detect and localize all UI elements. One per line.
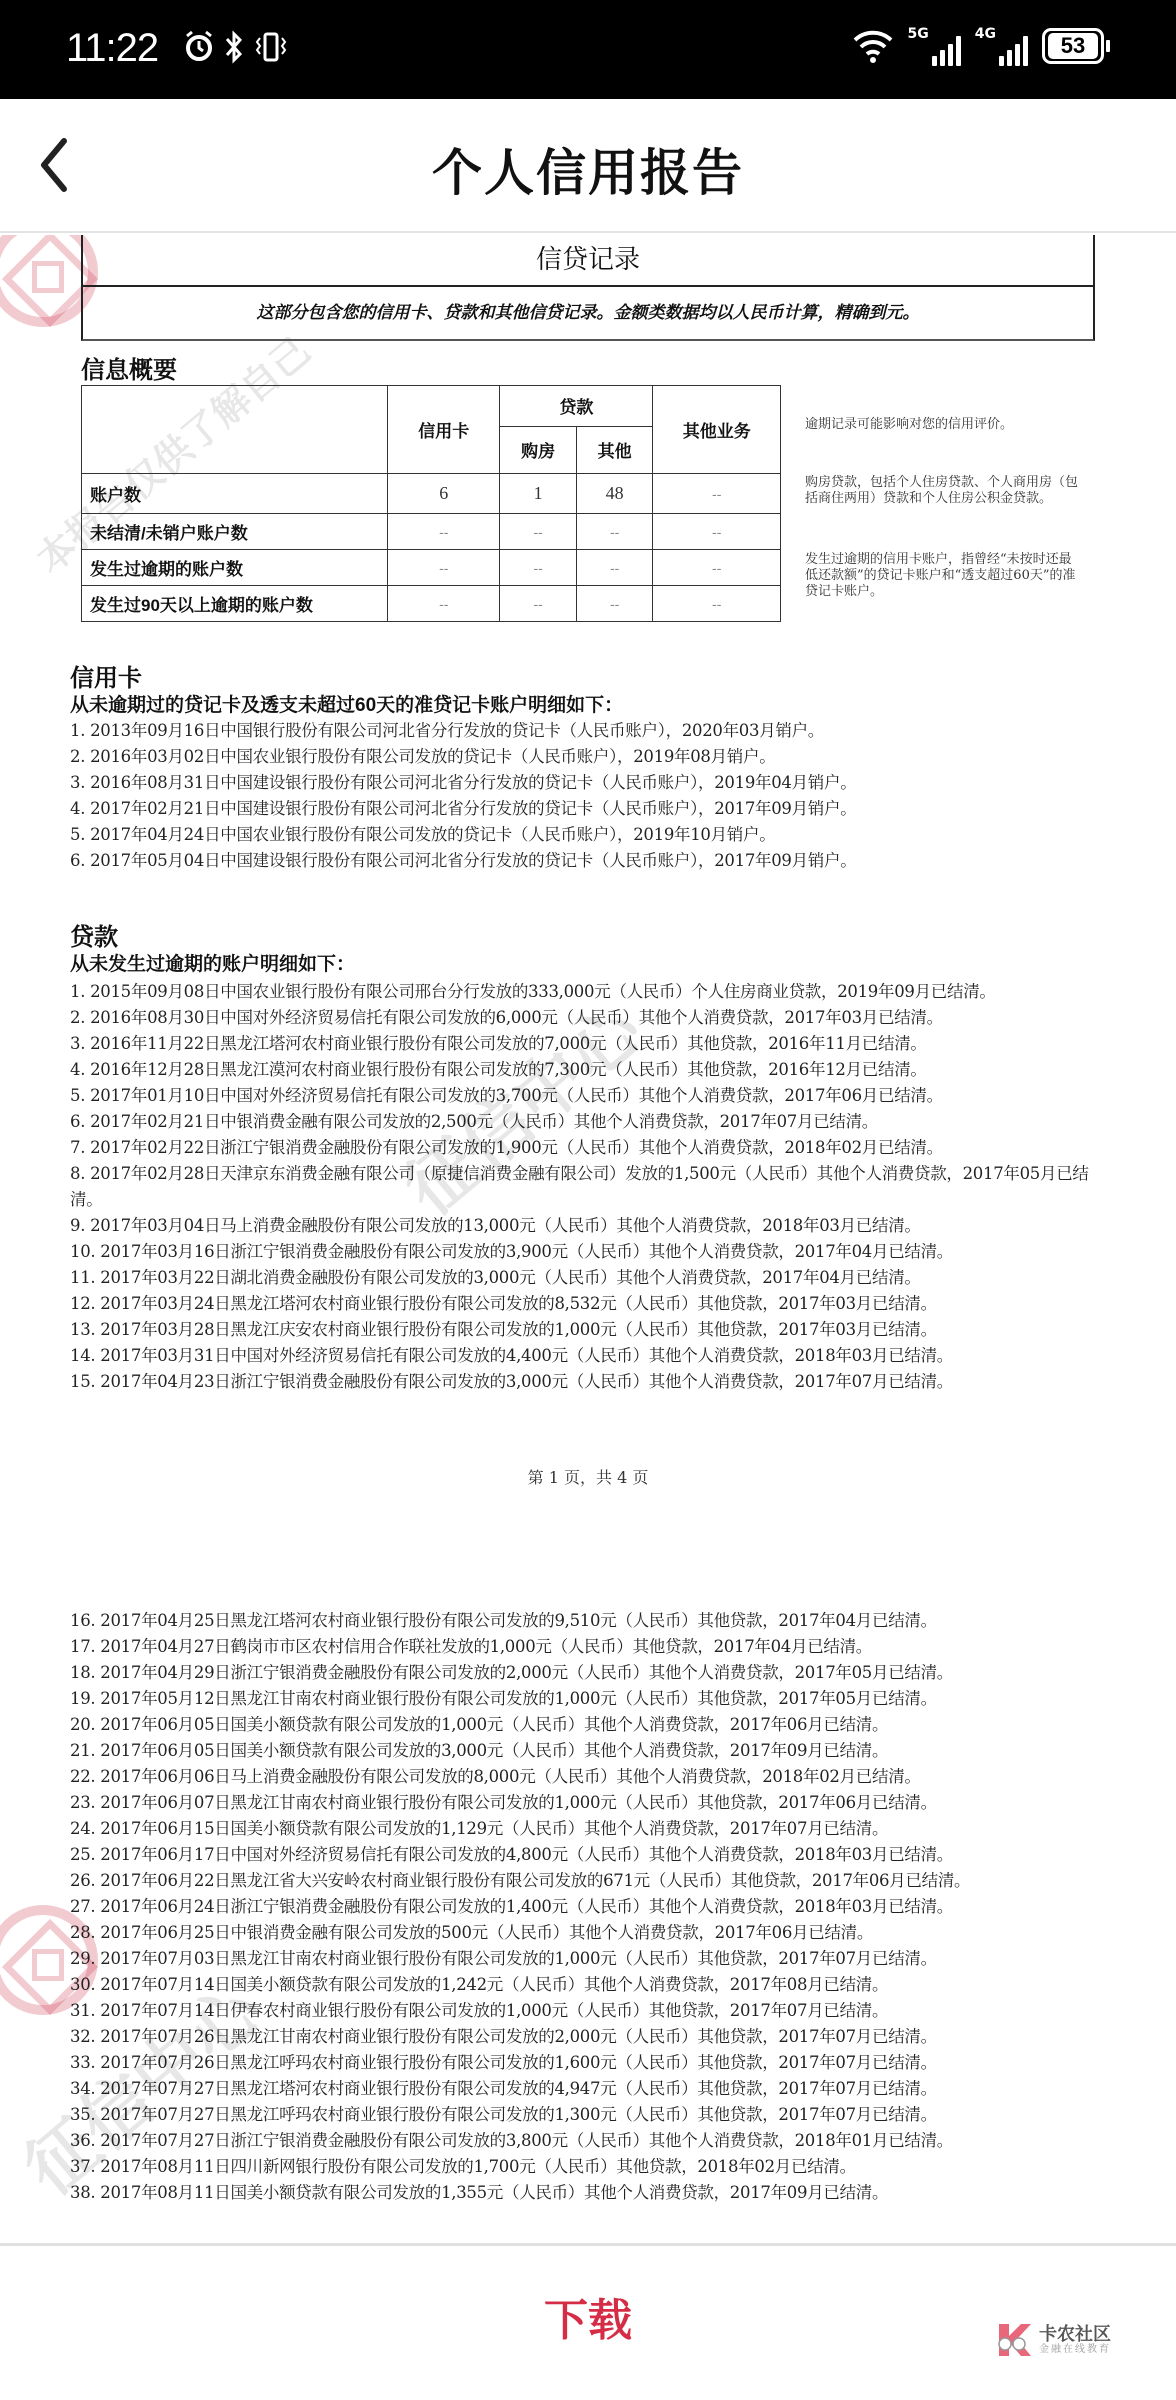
bluetooth-icon [224, 30, 244, 64]
list-item: 29. 2017年07月03日黑龙江甘南农村商业银行股份有限公司发放的1,000… [70, 1946, 1110, 1972]
section-description: 这部分包含您的信用卡、贷款和其他信贷记录。金额类数据均以人民币计算，精确到元。 [81, 287, 1095, 341]
list-item: 9. 2017年03月04日马上消费金融股份有限公司发放的13,000元（人民币… [70, 1213, 1110, 1239]
report-document[interactable]: 本报告仅供了解自己 征信中心 征信中心 信贷记录 这部分包含您的信用卡、贷款和其… [0, 235, 1176, 2205]
list-item: 35. 2017年07月27日黑龙江呼玛农村商业银行股份有限公司发放的1,300… [70, 2102, 1110, 2128]
list-item: 20. 2017年06月05日国美小额贷款有限公司发放的1,000元（人民币）其… [70, 1712, 1110, 1738]
list-item: 6. 2017年05月04日中国建设银行股份有限公司河北省分行发放的贷记卡（人民… [70, 848, 1110, 874]
list-item: 13. 2017年03月28日黑龙江庆安农村商业银行股份有限公司发放的1,000… [70, 1317, 1110, 1343]
summary-note: 购房贷款，包括个人住房贷款、个人商用房（包括商住两用）贷款和个人住房公积金贷款。 [805, 475, 1080, 507]
status-right-icons: 5G 4G 53 [852, 26, 1110, 66]
list-item: 22. 2017年06月06日马上消费金融股份有限公司发放的8,000元（人民币… [70, 1764, 1110, 1790]
list-item: 2. 2016年08月30日中国对外经济贸易信托有限公司发放的6,000元（人民… [70, 1005, 1110, 1031]
kanong-logo-icon [995, 2322, 1035, 2358]
col-loan: 贷款 [500, 386, 653, 427]
list-item: 23. 2017年06月07日黑龙江甘南农村商业银行股份有限公司发放的1,000… [70, 1790, 1110, 1816]
status-left-icons [184, 30, 288, 64]
alarm-icon [184, 30, 214, 64]
list-item: 33. 2017年07月26日黑龙江呼玛农村商业银行股份有限公司发放的1,600… [70, 2050, 1110, 2076]
list-item: 4. 2016年12月28日黑龙江漠河农村商业银行股份有限公司发放的7,300元… [70, 1057, 1110, 1083]
list-item: 4. 2017年02月21日中国建设银行股份有限公司河北省分行发放的贷记卡（人民… [70, 796, 1110, 822]
list-item: 7. 2017年02月22日浙江宁银消费金融股份有限公司发放的1,900元（人民… [70, 1135, 1110, 1161]
credit-card-heading: 信用卡 [70, 658, 142, 693]
list-item: 17. 2017年04月27日鹤岗市市区农村信用合作联社发放的1,000元（人民… [70, 1634, 1110, 1660]
summary-table: 信用卡 贷款 其他业务 购房 其他 账户数 6 1 48 -- 未结清/未销户账… [81, 385, 781, 622]
list-item: 30. 2017年07月14日国美小额贷款有限公司发放的1,242元（人民币）其… [70, 1972, 1110, 1998]
signal-5g-icon: 5G [908, 26, 961, 66]
col-loan-other: 其他 [576, 426, 653, 473]
list-item: 11. 2017年03月22日湖北消费金融股份有限公司发放的3,000元（人民币… [70, 1265, 1110, 1291]
table-row: 发生过逾期的账户数 -- -- -- -- [82, 550, 781, 586]
list-item: 5. 2017年04月24日中国农业银行股份有限公司发放的贷记卡（人民币账户），… [70, 822, 1110, 848]
list-item: 31. 2017年07月14日伊春农村商业银行股份有限公司发放的1,000元（人… [70, 1998, 1110, 2024]
list-item: 25. 2017年06月17日中国对外经济贸易信托有限公司发放的4,800元（人… [70, 1842, 1110, 1868]
credit-card-subheading: 从未逾期过的贷记卡及透支未超过60天的准贷记卡账户明细如下： [70, 690, 623, 717]
list-item: 10. 2017年03月16日浙江宁银消费金融股份有限公司发放的3,900元（人… [70, 1239, 1110, 1265]
page-indicator: 第 1 页，共 4 页 [0, 1465, 1176, 1488]
table-row: 账户数 6 1 48 -- [82, 474, 781, 514]
list-item: 8. 2017年02月28日天津京东消费金融有限公司（原捷信消费金融有限公司）发… [70, 1161, 1110, 1213]
brand-name: 卡农社区 [1039, 2324, 1111, 2344]
battery-icon: 53 [1042, 28, 1110, 64]
bottom-bar: 下载 卡农社区 金融在线教育 [0, 2243, 1176, 2400]
section-title: 信贷记录 [81, 235, 1095, 287]
loans-heading: 贷款 [70, 917, 118, 952]
table-row: 未结清/未销户账户数 -- -- -- -- [82, 514, 781, 550]
loan-list-page2: 16. 2017年04月25日黑龙江塔河农村商业银行股份有限公司发放的9,510… [70, 1608, 1110, 2205]
list-item: 18. 2017年04月29日浙江宁银消费金融股份有限公司发放的2,000元（人… [70, 1660, 1110, 1686]
status-time: 11:22 [66, 26, 158, 71]
table-row: 发生过90天以上逾期的账户数 -- -- -- -- [82, 586, 781, 622]
list-item: 16. 2017年04月25日黑龙江塔河农村商业银行股份有限公司发放的9,510… [70, 1608, 1110, 1634]
list-item: 1. 2013年09月16日中国银行股份有限公司河北省分行发放的贷记卡（人民币账… [70, 718, 1110, 744]
col-credit-card: 信用卡 [388, 386, 500, 474]
download-button[interactable]: 下载 [488, 2286, 688, 2356]
list-item: 24. 2017年06月15日国美小额贷款有限公司发放的1,129元（人民币）其… [70, 1816, 1110, 1842]
list-item: 26. 2017年06月22日黑龙江省大兴安岭农村商业银行股份有限公司发放的67… [70, 1868, 1110, 1894]
list-item: 36. 2017年07月27日浙江宁银消费金融股份有限公司发放的3,800元（人… [70, 2128, 1110, 2154]
list-item: 14. 2017年03月31日中国对外经济贸易信托有限公司发放的4,400元（人… [70, 1343, 1110, 1369]
list-item: 15. 2017年04月23日浙江宁银消费金融股份有限公司发放的3,000元（人… [70, 1369, 1110, 1395]
summary-heading: 信息概要 [81, 350, 177, 385]
list-item: 27. 2017年06月24日浙江宁银消费金融股份有限公司发放的1,400元（人… [70, 1894, 1110, 1920]
wifi-icon [852, 28, 894, 64]
nav-bar: 个人信用报告 [0, 99, 1176, 233]
status-bar: 11:22 5G 4G 53 [0, 0, 1176, 99]
list-item: 1. 2015年09月08日中国农业银行股份有限公司邢台分行发放的333,000… [70, 979, 1110, 1005]
col-loan-house: 购房 [500, 426, 577, 473]
summary-corner [82, 386, 388, 474]
list-item: 34. 2017年07月27日黑龙江塔河农村商业银行股份有限公司发放的4,947… [70, 2076, 1110, 2102]
list-item: 21. 2017年06月05日国美小额贷款有限公司发放的3,000元（人民币）其… [70, 1738, 1110, 1764]
list-item: 32. 2017年07月26日黑龙江甘南农村商业银行股份有限公司发放的2,000… [70, 2024, 1110, 2050]
list-item: 12. 2017年03月24日黑龙江塔河农村商业银行股份有限公司发放的8,532… [70, 1291, 1110, 1317]
list-item: 6. 2017年02月21日中银消费金融有限公司发放的2,500元（人民币）其他… [70, 1109, 1110, 1135]
loans-subheading: 从未发生过逾期的账户明细如下： [70, 949, 355, 976]
vibrate-icon [254, 30, 288, 64]
list-item: 28. 2017年06月25日中银消费金融有限公司发放的500元（人民币）其他个… [70, 1920, 1110, 1946]
list-item: 2. 2016年03月02日中国农业银行股份有限公司发放的贷记卡（人民币账户），… [70, 744, 1110, 770]
brand-tagline: 金融在线教育 [1039, 2344, 1111, 2356]
list-item: 19. 2017年05月12日黑龙江甘南农村商业银行股份有限公司发放的1,000… [70, 1686, 1110, 1712]
page-title: 个人信用报告 [0, 133, 1176, 205]
list-item: 3. 2016年11月22日黑龙江塔河农村商业银行股份有限公司发放的7,000元… [70, 1031, 1110, 1057]
summary-note: 发生过逾期的信用卡账户，指曾经“未按时还最低还款额”的贷记卡账户和“透支超过60… [805, 552, 1080, 600]
loan-list-page1: 1. 2015年09月08日中国农业银行股份有限公司邢台分行发放的333,000… [70, 979, 1110, 1395]
brand-logo: 卡农社区 金融在线教育 [995, 2322, 1111, 2358]
signal-4g-icon: 4G [975, 26, 1028, 66]
battery-level: 53 [1048, 33, 1098, 59]
credit-card-list: 1. 2013年09月16日中国银行股份有限公司河北省分行发放的贷记卡（人民币账… [70, 718, 1110, 874]
summary-note: 逾期记录可能影响对您的信用评价。 [805, 417, 1080, 433]
list-item: 37. 2017年08月11日四川新网银行股份有限公司发放的1,700元（人民币… [70, 2154, 1110, 2180]
list-item: 38. 2017年08月11日国美小额贷款有限公司发放的1,355元（人民币）其… [70, 2180, 1110, 2205]
list-item: 3. 2016年08月31日中国建设银行股份有限公司河北省分行发放的贷记卡（人民… [70, 770, 1110, 796]
list-item: 5. 2017年01月10日中国对外经济贸易信托有限公司发放的3,700元（人民… [70, 1083, 1110, 1109]
col-other-business: 其他业务 [653, 386, 781, 474]
